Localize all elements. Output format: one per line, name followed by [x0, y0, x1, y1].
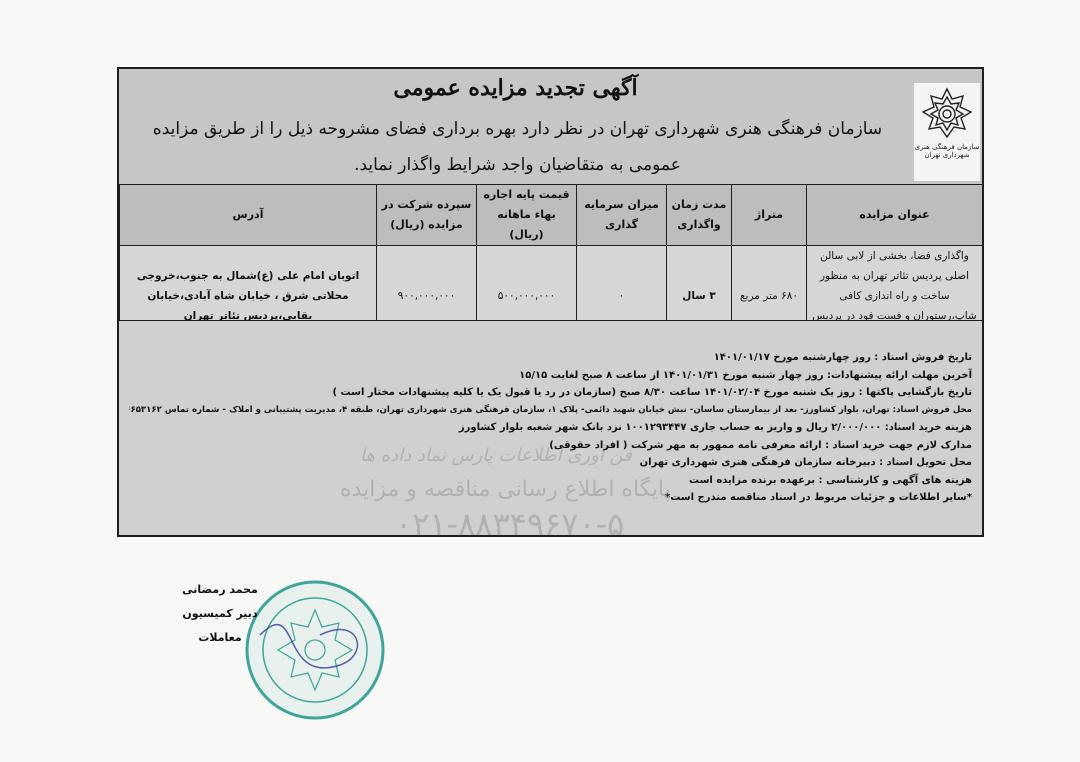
detail-submission-deadline: آخرین مهلت ارائه پیشنهادات: روز چهار شنب…: [129, 367, 972, 385]
logo-caption: سازمان فرهنگی هنری شهرداری تهران: [914, 143, 980, 159]
column-header-base-rent: قیمت پایه اجاره بهاء ماهانه (ریال): [477, 185, 577, 246]
detail-other-info: *سایر اطلاعات و جزئیات مربوط در اسناد من…: [129, 489, 972, 507]
detail-opening-date: تاریخ بازگشایی پاکتها : روز یک شنبه مورخ…: [129, 384, 972, 402]
column-header-investment: میزان سرمایه گذاری: [577, 185, 667, 246]
notice-title: آگهی تجدید مزایده عمومی: [119, 75, 912, 101]
column-header-deposit: سپرده شرکت در مزایده (ریال): [377, 185, 477, 246]
signatory-role: دبیر کمیسیون معاملات: [165, 602, 275, 650]
rosette-logo-icon: [920, 87, 974, 141]
column-header-area: متراژ: [732, 185, 807, 246]
document-page: سازمان فرهنگی هنری شهرداری تهران آگهی تج…: [0, 0, 1080, 762]
signatory-name: محمد رمضانی: [165, 578, 275, 602]
detail-ad-costs: هزینه های آگهی و کارشناسی : برعهده برنده…: [129, 472, 972, 490]
notice-subtitle: سازمان فرهنگی هنری شهرداری تهران در نظر …: [125, 111, 910, 183]
column-header-title: عنوان مزایده: [807, 185, 983, 246]
organization-logo: سازمان فرهنگی هنری شهرداری تهران: [914, 83, 980, 181]
detail-sale-date: تاریخ فروش اسناد : روز چهارشنبه مورخ ۱۴۰…: [129, 349, 972, 367]
column-header-address: آدرس: [120, 185, 377, 246]
detail-sale-location: محل فروش اسناد: تهران، بلوار کشاورز- بعد…: [129, 402, 972, 420]
table-header-row: عنوان مزایده متراژ مدت زمان واگذاری میزا…: [120, 185, 983, 246]
detail-required-documents: مدارک لازم جهت خرید اسناد : ارائه معرفی …: [129, 437, 972, 455]
notice-header: سازمان فرهنگی هنری شهرداری تهران آگهی تج…: [119, 69, 982, 185]
detail-delivery-location: محل تحویل اسناد : دبیرخانه سازمان فرهنگی…: [129, 454, 972, 472]
detail-document-fee: هزینه خرید اسناد: ۲/۰۰۰/۰۰۰ ریال و واریز…: [129, 419, 972, 437]
column-header-duration: مدت زمان واگذاری: [667, 185, 732, 246]
auction-notice-frame: سازمان فرهنگی هنری شهرداری تهران آگهی تج…: [117, 67, 984, 537]
auction-details: تاریخ فروش اسناد : روز چهارشنبه مورخ ۱۴۰…: [119, 320, 982, 535]
signature-block: محمد رمضانی دبیر کمیسیون معاملات: [165, 578, 275, 650]
